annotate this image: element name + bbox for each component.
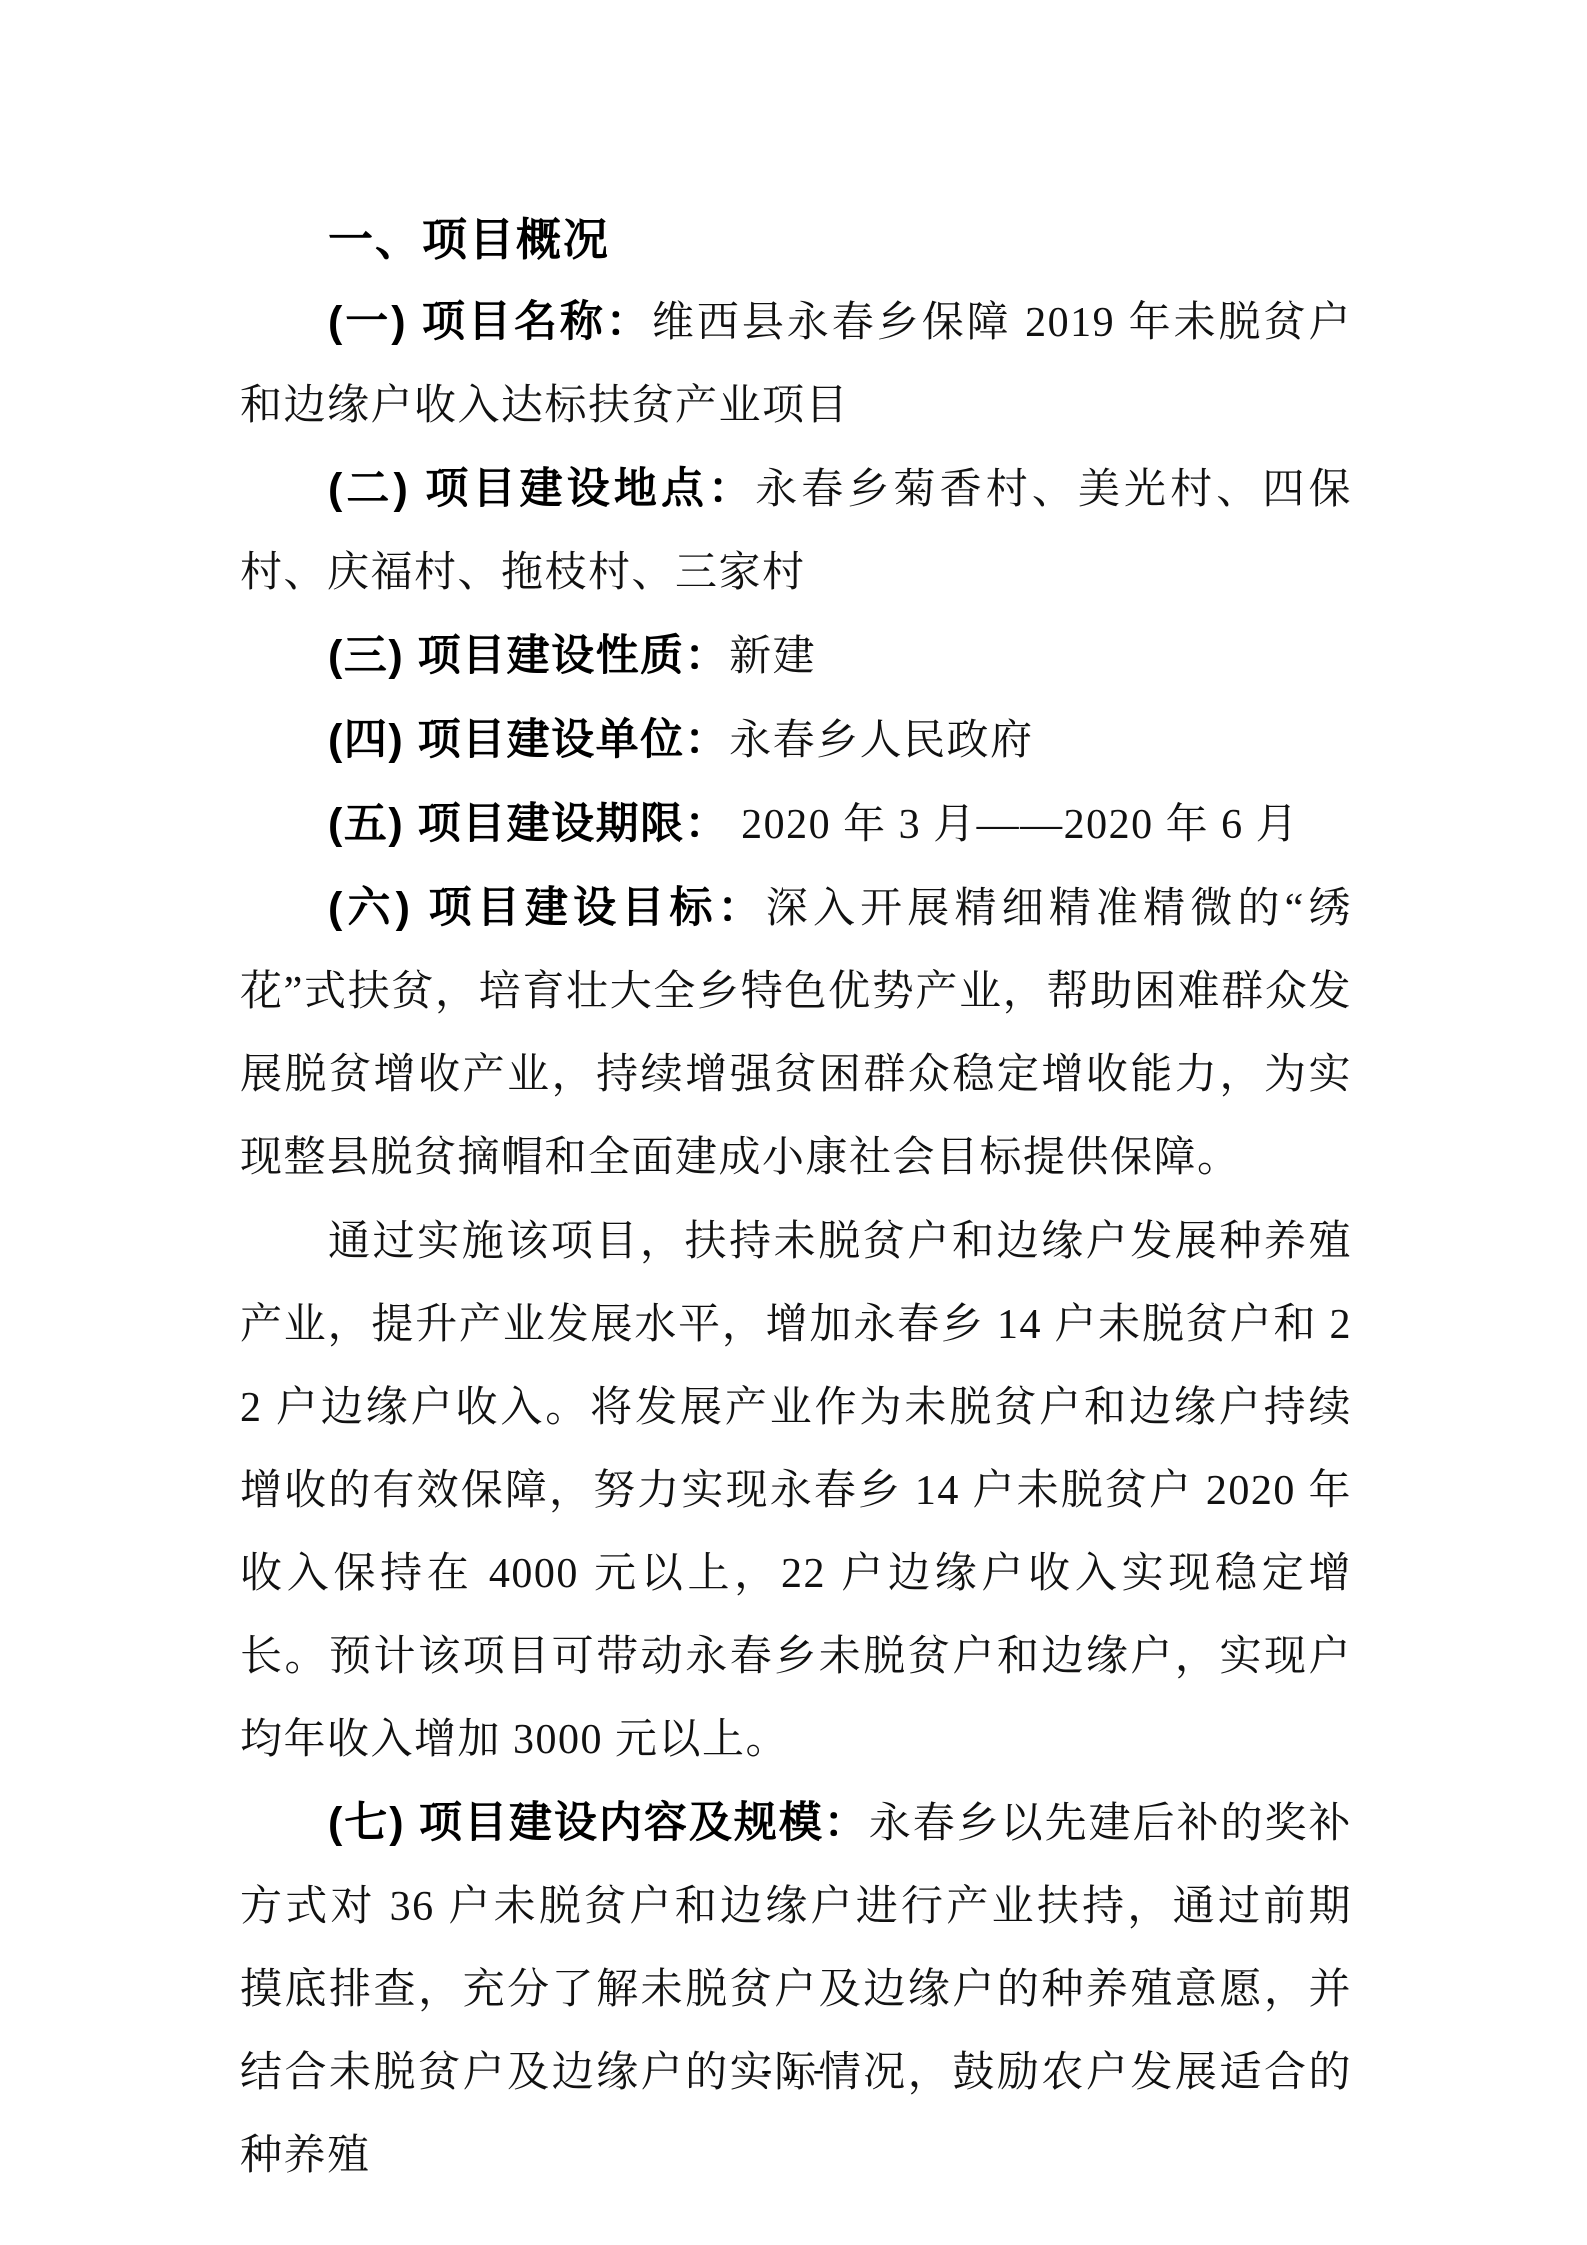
clause-text: 永春乡人民政府 (729, 718, 1034, 764)
paragraph-project-impact: 通过实施该项目，扶持未脱贫户和边缘户发展种养殖产业，提升产业发展水平，增加永春乡… (240, 1200, 1352, 1782)
clause-label: (五) 项目建设期限： (328, 800, 729, 848)
clause-text: 永春乡以先建后补的奖补方式对 36 户未脱贫户和边缘户进行产业扶持，通过前期摸底… (240, 1801, 1352, 2179)
clause-project-content-scale: (七) 项目建设内容及规模：永春乡以先建后补的奖补方式对 36 户未脱贫户和边缘… (240, 1782, 1352, 2198)
clause-label: (六) 项目建设目标： (328, 884, 766, 932)
clause-text: 2020 年 3 月——2020 年 6 月 (729, 802, 1299, 848)
clause-label: (三) 项目建设性质： (328, 632, 729, 680)
clause-label: (二) 项目建设地点： (328, 465, 755, 513)
clause-project-period: (五) 项目建设期限： 2020 年 3 月——2020 年 6 月 (240, 783, 1352, 867)
clause-project-location: (二) 项目建设地点：永春乡菊香村、美光村、四保村、庆福村、拖枝村、三家村 (240, 448, 1352, 615)
clause-project-nature: (三) 项目建设性质：新建 (240, 615, 1352, 699)
document-content: 一、项目概况 (一) 项目名称：维西县永春乡保障 2019 年未脱贫户和边缘户收… (240, 198, 1352, 2198)
clause-label: (四) 项目建设单位： (328, 716, 729, 764)
section-heading: 一、项目概况 (240, 198, 1352, 281)
page-number: - 1 - (0, 2052, 1587, 2089)
clause-label: (七) 项目建设内容及规模： (328, 1799, 869, 1847)
clause-project-name: (一) 项目名称：维西县永春乡保障 2019 年未脱贫户和边缘户收入达标扶贫产业… (240, 281, 1352, 448)
clause-label: (一) 项目名称： (328, 298, 652, 346)
clause-project-goal: (六) 项目建设目标：深入开展精细精准精微的“绣花”式扶贫，培育壮大全乡特色优势… (240, 867, 1352, 1200)
clause-text: 通过实施该项目，扶持未脱贫户和边缘户发展种养殖产业，提升产业发展水平，增加永春乡… (240, 1219, 1352, 1763)
document-page: 一、项目概况 (一) 项目名称：维西县永春乡保障 2019 年未脱贫户和边缘户收… (0, 0, 1587, 2245)
clause-project-unit: (四) 项目建设单位：永春乡人民政府 (240, 699, 1352, 783)
clause-text: 新建 (729, 634, 816, 680)
